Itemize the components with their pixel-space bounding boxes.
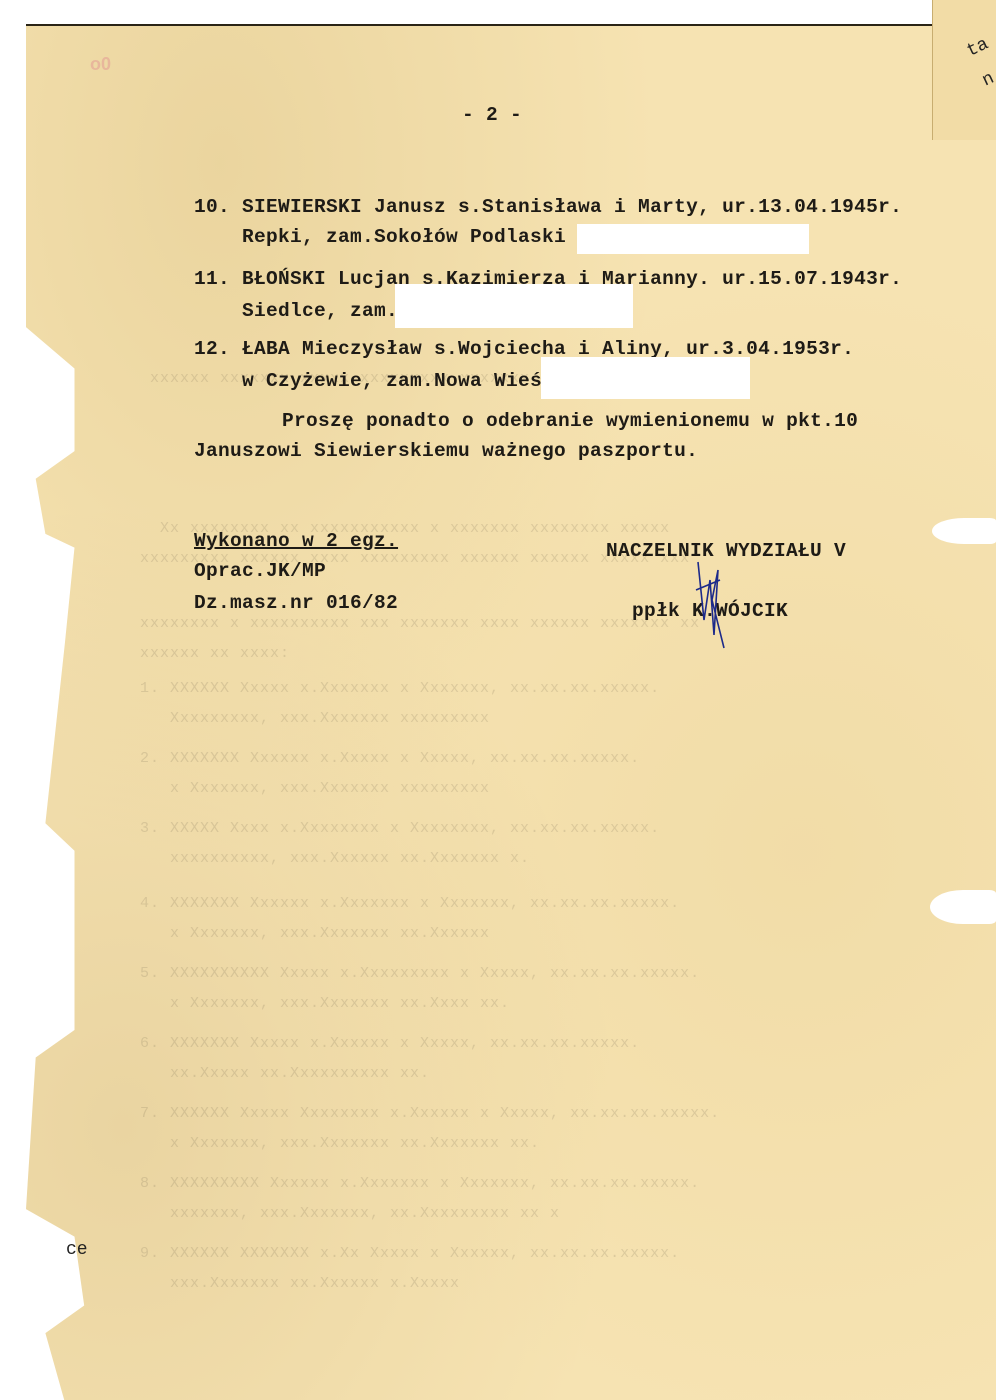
entry-10-number: 10. bbox=[194, 196, 230, 218]
torn-hole-lower bbox=[930, 890, 996, 924]
bleed-through-text: 8. XXXXXXXXX Xxxxxx x.Xxxxxxx x Xxxxxxx,… bbox=[140, 1175, 700, 1192]
bleed-through-text: xxxxxxx, xxx.Xxxxxxx, xx.Xxxxxxxxx xx x bbox=[140, 1205, 560, 1222]
bleed-through-text: 9. XXXXXX XXXXXXX x.Xx Xxxxx x Xxxxxx, x… bbox=[140, 1245, 680, 1262]
handwritten-signature-icon bbox=[690, 560, 730, 650]
bleed-through-text: Xxxxxxxxx, xxx.Xxxxxxx xxxxxxxxx bbox=[140, 710, 490, 727]
bleed-through-text: xx.Xxxxx xx.Xxxxxxxxxx xx. bbox=[140, 1065, 430, 1082]
typist-log-number: Dz.masz.nr 016/82 bbox=[194, 592, 398, 614]
bleed-through-text: xxxxxxxxxx, xxx.Xxxxxx xx.Xxxxxxx x. bbox=[140, 850, 530, 867]
redaction-box bbox=[577, 224, 809, 254]
bleed-through-text: 1. XXXXXX Xxxxx x.Xxxxxxx x Xxxxxxx, xx.… bbox=[140, 680, 660, 697]
torn-hole-upper bbox=[932, 518, 996, 544]
fold-fragment-1: ta bbox=[964, 34, 992, 61]
bleed-through-text: 2. XXXXXXX Xxxxxx x.Xxxxx x Xxxxx, xx.xx… bbox=[140, 750, 640, 767]
bleed-through-text: xxx.Xxxxxxx xx.Xxxxxx x.Xxxxx bbox=[140, 1275, 460, 1292]
copies-note: Wykonano w 2 egz. bbox=[194, 530, 398, 552]
entry-11-number: 11. bbox=[194, 268, 230, 290]
bleed-through-text: 6. XXXXXXX Xxxxx x.Xxxxxx x Xxxxx, xx.xx… bbox=[140, 1035, 640, 1052]
prepared-by: Oprac.JK/MP bbox=[194, 560, 326, 582]
redaction-box bbox=[395, 284, 633, 328]
fold-fragment-2: n bbox=[979, 69, 996, 92]
bleed-through-text: 3. XXXXX Xxxx x.Xxxxxxxx x Xxxxxxxx, xx.… bbox=[140, 820, 660, 837]
margin-fragment: ce bbox=[66, 1240, 88, 1260]
page-number: - 2 - bbox=[462, 104, 522, 126]
folded-adjacent-page: ta n bbox=[932, 0, 996, 140]
bleed-through-text: 5. XXXXXXXXXX Xxxxx x.Xxxxxxxxx x Xxxxx,… bbox=[140, 965, 700, 982]
faded-stamp-mark: o0 bbox=[90, 54, 111, 75]
entry-10-line2: Repki, zam.Sokołów Podlaski bbox=[242, 226, 566, 248]
bleed-through-text: 4. XXXXXXX Xxxxxx x.Xxxxxxx x Xxxxxxx, x… bbox=[140, 895, 680, 912]
entry-10-line1: SIEWIERSKI Janusz s.Stanisława i Marty, … bbox=[242, 196, 902, 218]
bleed-through-text: 7. XXXXXX Xxxxx Xxxxxxxx x.Xxxxxx x Xxxx… bbox=[140, 1105, 720, 1122]
bleed-through-text: x Xxxxxxx, xxx.Xxxxxxx xx.Xxxxxxx xx. bbox=[140, 1135, 540, 1152]
signatory-title: NACZELNIK WYDZIAŁU V bbox=[606, 540, 846, 562]
entry-12-line2: w Czyżewie, zam.Nowa Wieś bbox=[242, 370, 542, 392]
entry-12-number: 12. bbox=[194, 338, 230, 360]
bleed-through-text: x Xxxxxxx, xxx.Xxxxxxx xx.Xxxx xx. bbox=[140, 995, 510, 1012]
bleed-through-text: x Xxxxxxx, xxx.Xxxxxxx xx.Xxxxxx bbox=[140, 925, 490, 942]
bleed-through-text: xxxxxx xx xxxx: bbox=[120, 645, 290, 662]
paragraph-line1: Proszę ponadto o odebranie wymienionemu … bbox=[282, 410, 858, 432]
bleed-through-text: x Xxxxxxx, xxx.Xxxxxxx xxxxxxxxx bbox=[140, 780, 490, 797]
bleed-through-text: xxxxxxxx x xxxxxxxxxx xxx xxxxxxx xxxx x… bbox=[120, 615, 700, 632]
redaction-box bbox=[541, 357, 750, 399]
paragraph-line2: Januszowi Siewierskiemu ważnego paszport… bbox=[194, 440, 698, 462]
